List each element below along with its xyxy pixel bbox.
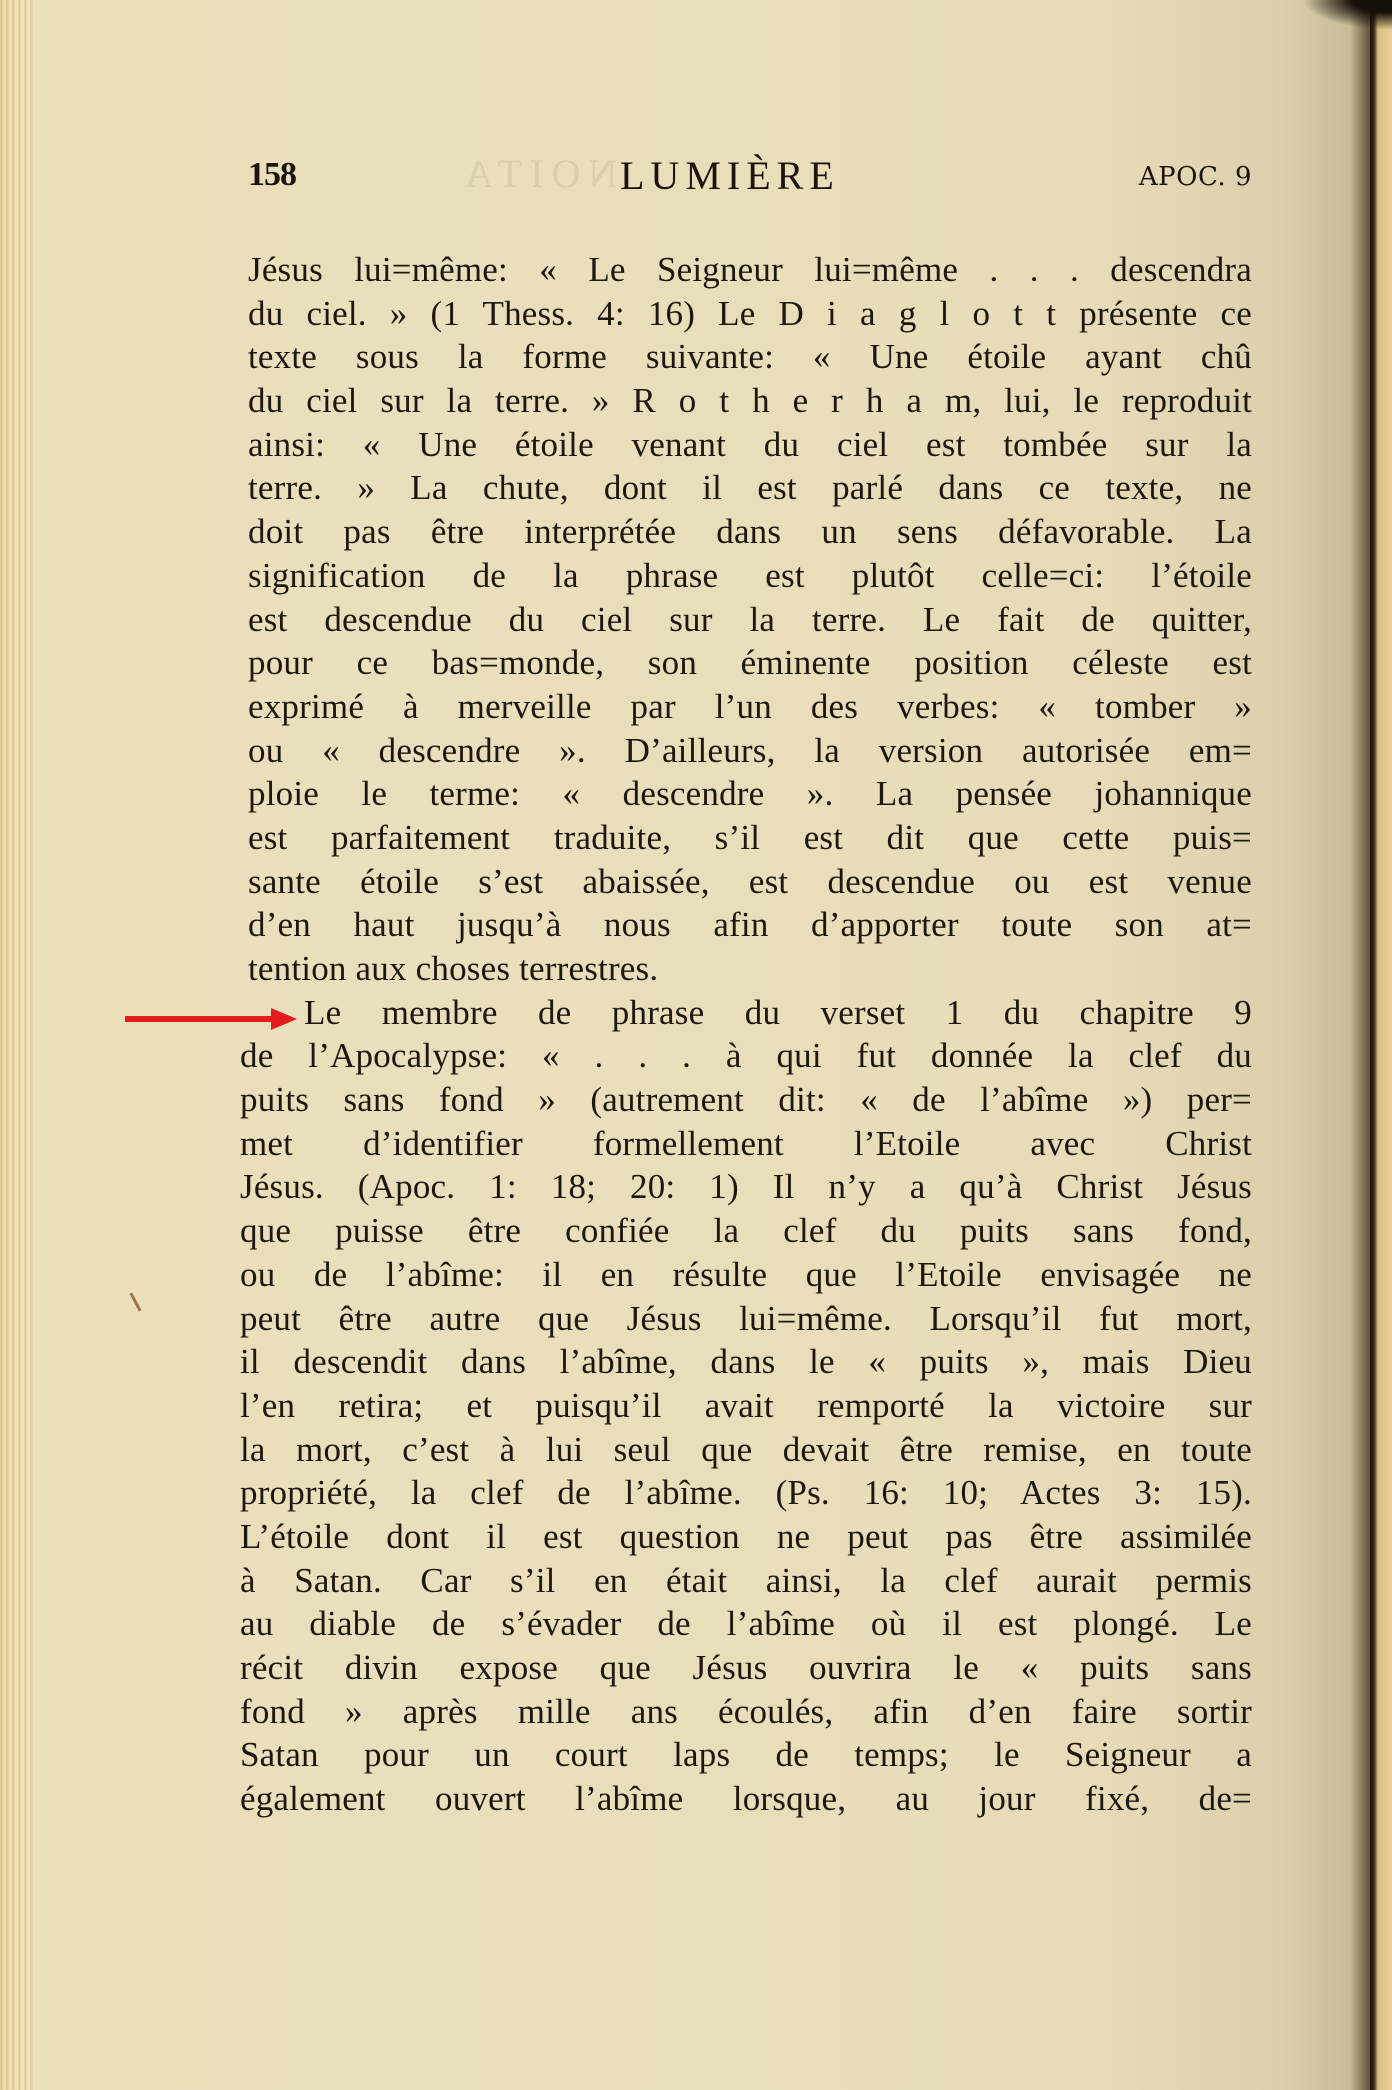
- chapter-reference: APOC. 9: [1139, 162, 1252, 192]
- text-line: d’en haut jusqu’à nous afin d’apporter t…: [248, 903, 1252, 947]
- text-line: du ciel sur la terre. » R o t h e r h a …: [248, 379, 1252, 423]
- paragraph-start-line: Le membre de phrase du verset 1 du chapi…: [248, 991, 1252, 1035]
- text-line: sante étoile s’est abaissée, est descend…: [248, 860, 1252, 904]
- text-line: l’en retira; et puisqu’il avait remporté…: [240, 1384, 1252, 1428]
- text-line: exprimé à merveille par l’un des verbes:…: [248, 685, 1252, 729]
- text-line: propriété, la clef de l’abîme. (Ps. 16: …: [240, 1471, 1252, 1515]
- paragraph-end-line: tention aux choses terrestres.: [248, 947, 1252, 991]
- text-line: à Satan. Car s’il en était ainsi, la cle…: [240, 1559, 1252, 1603]
- book-spine: [1370, 0, 1392, 2090]
- text-line: Satan pour un court laps de temps; le Se…: [240, 1733, 1252, 1777]
- pencil-mark: [129, 1292, 141, 1311]
- book-page: NOITA 158 LUMIÈRE APOC. 9 Jésus lui=même…: [0, 0, 1370, 2090]
- text-line: puits sans fond » (autrement dit: « de l…: [240, 1078, 1252, 1122]
- text-line: L’étoile dont il est question ne peut pa…: [240, 1515, 1252, 1559]
- text-line: peut être autre que Jésus lui=même. Lors…: [240, 1297, 1252, 1341]
- text-line: Jésus lui=même: « Le Seigneur lui=même .…: [248, 248, 1252, 292]
- text-line: de l’Apocalypse: « . . . à qui fut donné…: [240, 1034, 1252, 1078]
- text-line: au diable de s’évader de l’abîme où il e…: [240, 1602, 1252, 1646]
- text-line: signification de la phrase est plutôt ce…: [248, 554, 1252, 598]
- text-line: Jésus. (Apoc. 1: 18; 20: 1) Il n’y a qu’…: [240, 1165, 1252, 1209]
- page-header: NOITA 158 LUMIÈRE APOC. 9: [248, 152, 1252, 202]
- arrow-shaft: [125, 1016, 273, 1022]
- text-line: met d’identifier formellement l’Etoile a…: [240, 1122, 1252, 1166]
- text-line: doit pas être interprétée dans un sens d…: [248, 510, 1252, 554]
- text-line: du ciel. » (1 Thess. 4: 16) Le D i a g l…: [248, 292, 1252, 336]
- text-line: ploie le terme: « descendre ». La pensée…: [248, 772, 1252, 816]
- text-line: il descendit dans l’abîme, dans le « pui…: [240, 1340, 1252, 1384]
- page-edges: [0, 0, 34, 2090]
- text-line: texte sous la forme suivante: « Une étoi…: [248, 335, 1252, 379]
- page-number: 158: [248, 156, 296, 194]
- text-line: que puisse être confiée la clef du puits…: [240, 1209, 1252, 1253]
- text-line: fond » après mille ans écoulés, afin d’e…: [240, 1690, 1252, 1734]
- corner-shadow: [1302, 0, 1392, 30]
- text-line: est parfaitement traduite, s’il est dit …: [248, 816, 1252, 860]
- text-line: récit divin expose que Jésus ouvrira le …: [240, 1646, 1252, 1690]
- text-line: ou « descendre ». D’ailleurs, la version…: [248, 729, 1252, 773]
- arrow-head: [271, 1008, 297, 1030]
- text-line: pour ce bas=monde, son éminente position…: [248, 641, 1252, 685]
- text-line: également ouvert l’abîme lorsque, au jou…: [240, 1777, 1252, 1821]
- body-text: Jésus lui=même: « Le Seigneur lui=même .…: [248, 248, 1252, 1821]
- running-title: LUMIÈRE: [620, 152, 840, 199]
- text-line: est descendue du ciel sur la terre. Le f…: [248, 598, 1252, 642]
- bleed-through-text: NOITA: [456, 150, 617, 197]
- text-line: ou de l’abîme: il en résulte que l’Etoil…: [240, 1253, 1252, 1297]
- text-line: terre. » La chute, dont il est parlé dan…: [248, 466, 1252, 510]
- red-arrow-annotation-icon: [125, 1008, 297, 1030]
- text-line: ainsi: « Une étoile venant du ciel est t…: [248, 423, 1252, 467]
- text-line: la mort, c’est à lui seul que devait êtr…: [240, 1428, 1252, 1472]
